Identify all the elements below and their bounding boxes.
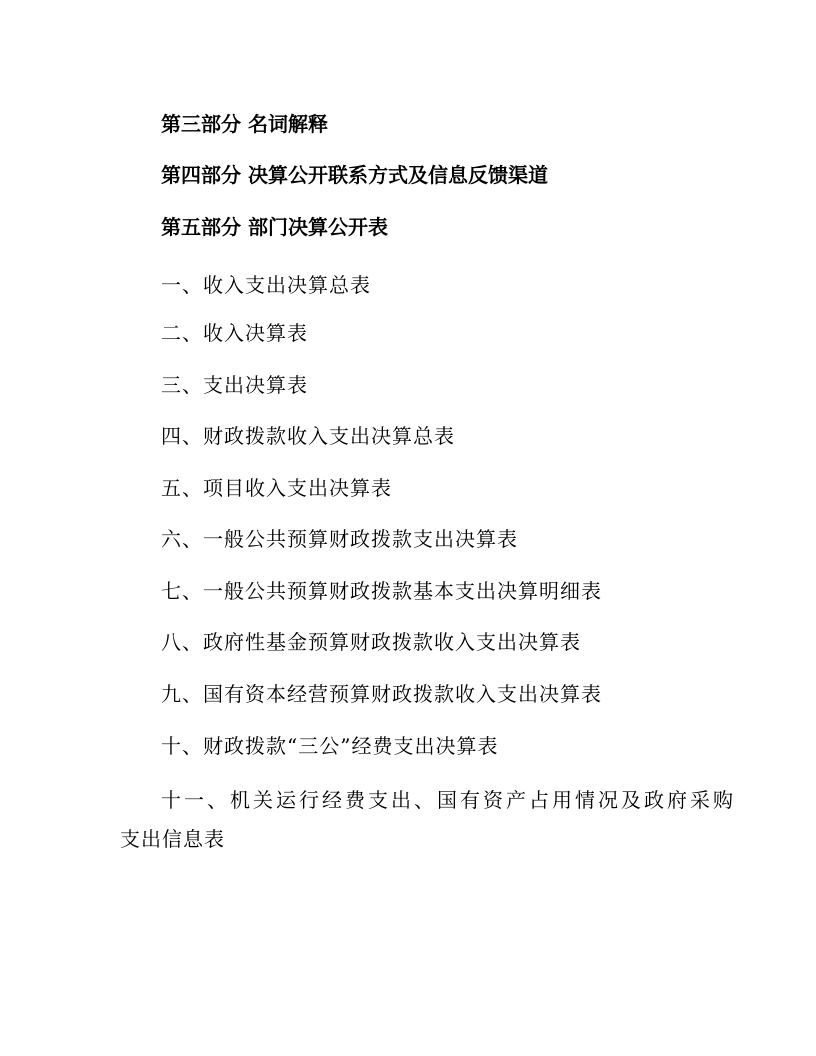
list-item: 四、财政拨款收入支出决算总表	[161, 426, 455, 446]
list-item: 一、收入支出决算总表	[161, 275, 371, 295]
heading-part-four: 第四部分 决算公开联系方式及信息反馈渠道	[161, 165, 548, 185]
list-item: 九、国有资本经营预算财政拨款收入支出决算表	[161, 684, 602, 704]
list-item: 三、支出决算表	[161, 375, 308, 395]
list-item-continuation: 支出信息表	[120, 829, 225, 849]
heading-part-five: 第五部分 部门决算公开表	[161, 217, 388, 237]
list-item: 七、一般公共预算财政拨款基本支出决算明细表	[161, 581, 602, 601]
list-item: 二、收入决算表	[161, 323, 308, 343]
list-item: 六、一般公共预算财政拨款支出决算表	[161, 529, 518, 549]
list-item: 五、项目收入支出决算表	[161, 478, 392, 498]
list-item: 八、政府性基金预算财政拨款收入支出决算表	[161, 632, 581, 652]
list-item: 十一、机关运行经费支出、国有资产占用情况及政府采购	[161, 790, 736, 810]
heading-part-three: 第三部分 名词解释	[161, 114, 328, 134]
list-item: 十、财政拨款“三公”经费支出决算表	[161, 736, 498, 756]
